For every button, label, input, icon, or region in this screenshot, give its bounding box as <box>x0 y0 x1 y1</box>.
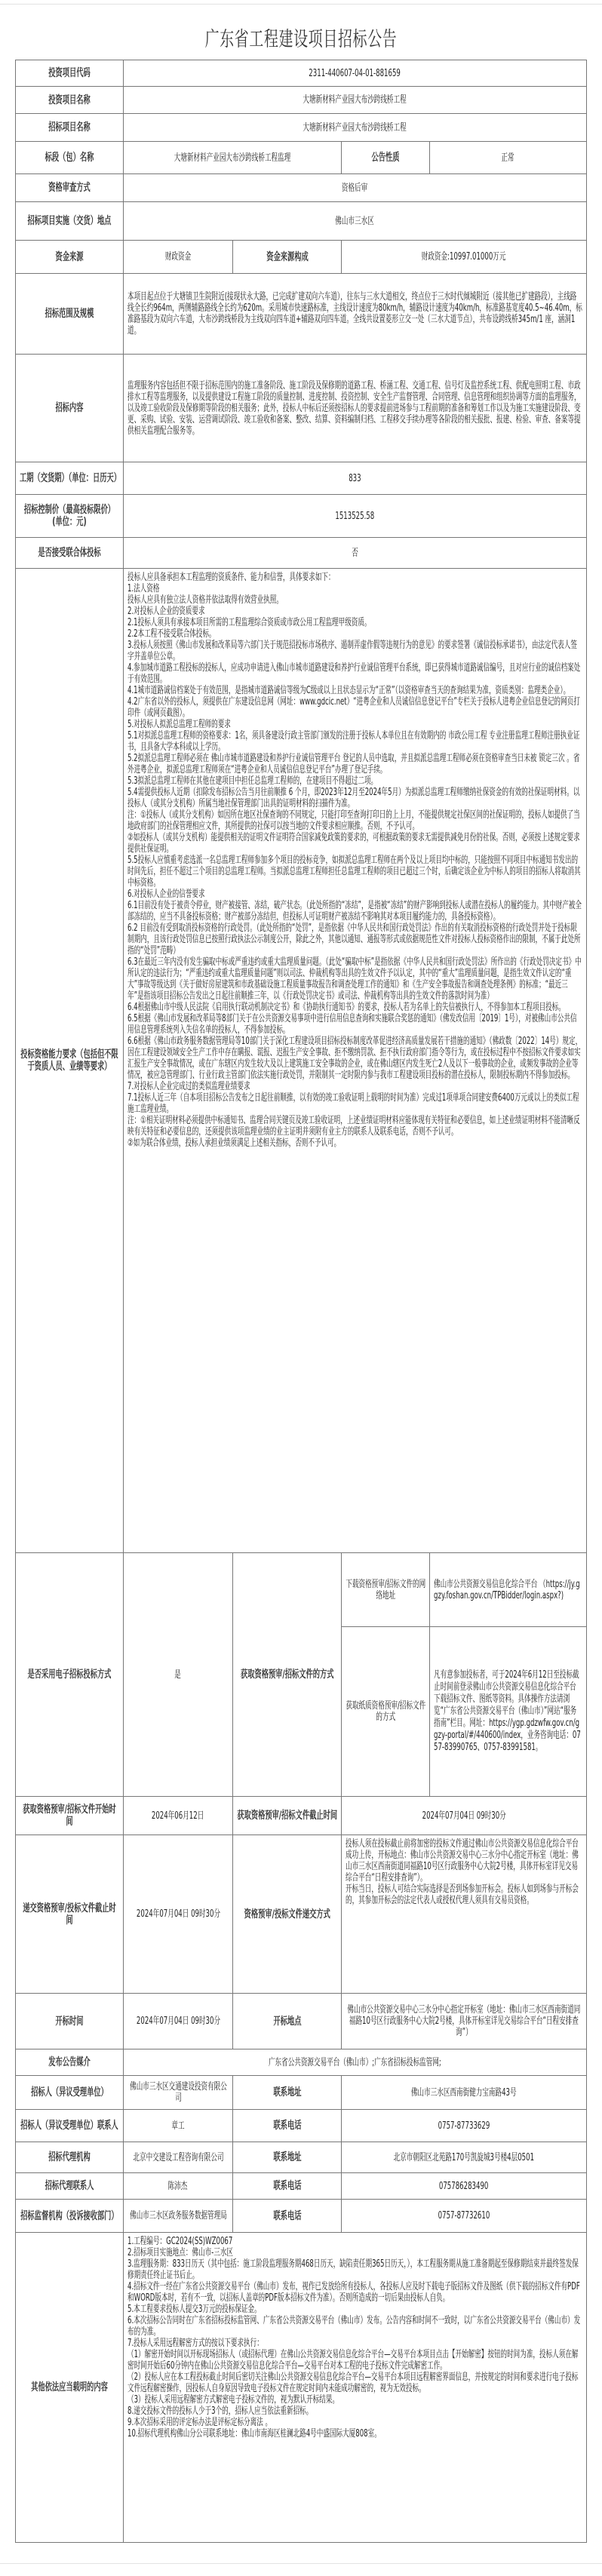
list-item: 6.1目前没有处于被责令停业，财产被接管、冻结，破产状态。（此处所指的“冻结”，… <box>127 900 582 923</box>
list-item: （1）解密开始时间以开标现场招标人（或招标代理）在佛山公共资源交易信息化综合平台… <box>127 2349 582 2372</box>
row-consortium: 是否接受联合体投标 否 <box>16 538 587 569</box>
row-price-cap: 招标控制价（最高投标限价）(单位：元) 1513525.58 <box>16 495 587 538</box>
list-item: 3.投标人须按照《佛山市发展和改革局等六部门关于规范招投标市场秩序、遏制弄虚作假… <box>127 640 582 662</box>
qualification-list: 投标人应具备承担本工程监理的资质条件、能力和信誉，具体要求如下：1.法人资格投标… <box>127 572 582 1149</box>
label-agency-contact: 招标代理联系人 <box>16 2173 124 2200</box>
value-tenderer-address: 佛山市三水区西南街健力宝南路43号 <box>342 2076 587 2110</box>
list-item: 5.1对拟派总监理工程师的资格要求：1名，须具备建设行政主管部门颁发的注册于投标… <box>127 730 582 753</box>
list-item: （3）投标人采用远程解密方式解密电子投标文件的，视为默认开标结果。 <box>127 2394 582 2406</box>
value-agency-contact: 陈沛杰 <box>124 2173 233 2200</box>
value-opening-time: 2024年07月04日 09时30分 <box>124 1994 233 2049</box>
list-item: 2.对投标人企业的资质要求 <box>127 606 582 617</box>
list-item: 7.对投标人企业完成过的类似监理业绩要求 <box>127 1081 582 1092</box>
row-agency-contact: 招标代理联系人 陈沛杰 联系电话 075786283490 <box>16 2173 587 2200</box>
label-duration: 工期（交货期）（单位：日历天） <box>16 462 124 495</box>
list-item: 6.5根据《佛山市发展和改革局等8部门关于在公共资源交易事项中进行信用信息查询和… <box>127 1013 582 1036</box>
label-tenderer: 招标人（异议受理单位） <box>16 2076 124 2110</box>
label-scope: 招标范围及规模 <box>16 274 124 355</box>
label-download-url: 下载资格预审/招标文件的网络地址 <box>342 1553 430 1627</box>
list-item: 5.2拟派总监理工程师必须在 佛山市城市道路建设和养护行业诚信管理平台 登记的人… <box>127 753 582 775</box>
value-qualification-review: 资格后审 <box>124 174 587 202</box>
row-qualification-review: 资格审查方式 资格后审 <box>16 174 587 202</box>
label-notice-nature: 公告性质 <box>342 142 430 174</box>
row-project-code: 投资项目代码 2311-440607-04-01-881659 <box>16 60 587 87</box>
row-tenderer: 招标人（异议受理单位） 佛山市三水区交通建设投资有限公司 联系地址 佛山市三水区… <box>16 2076 587 2110</box>
value-doc-end: 2024年07月04日 09时30分 <box>342 1797 587 1835</box>
list-item: 6.3在最近三年内没有发生骗取中标或严重违约或重大监理质量问题。（此处“骗取中标… <box>127 956 582 1002</box>
label-fund-source: 资金来源 <box>16 241 124 274</box>
list-item: 5.4需提供投标人近期（扣除发布招标公告当月往前顺推 6 个月，即2023年12… <box>127 787 582 809</box>
value-fund-source: 财政资金 <box>124 241 233 274</box>
value-media: 广东省公共资源交易平台（佛山市）;广东省招标投标监管网; <box>124 2049 587 2076</box>
list-item: 8.递交投标文件的投标人少于3个的，招标人应当依法重新招标。 <box>127 2406 582 2417</box>
list-item: 2.招标项目实施地点：佛山市-三水区 <box>127 2247 582 2258</box>
list-item: 3.监理服务期：833日历天（其中包括：施工阶段监理服务期468日历天，缺陷责任… <box>127 2258 582 2281</box>
label-submit-method: 资格预审/投标文件递交方式 <box>233 1835 342 1994</box>
list-item: 7.投标人采用远程解密方式的按以下要求执行： <box>127 2338 582 2349</box>
label-doc-start: 获取资格预审/招标文件开始时间 <box>16 1797 124 1835</box>
list-item: 5.本工程要求投标人提交3万元的投标保证金。 <box>127 2304 582 2315</box>
list-item: 5.3拟派总监理工程师在其他在建项目中担任总监理工程师的，在建项目不得超过二项。 <box>127 775 582 787</box>
value-scope: 本项目起点位于大塘镇卫生院附近(接现状永大路，已完成扩建双向六车道），往东与三水… <box>124 274 587 355</box>
row-tenderer-contact: 招标人（异议受理单位）联系人 章工 联系电话 0757-87733629 <box>16 2110 587 2142</box>
list-item: 6.6根据《佛山市政务服务数据管理局等10部门关于深化工程建设项目招标投标制度改… <box>127 1036 582 1081</box>
row-ebid-1: 是否采用电子招标投标方式 是 获取资格预审/招标文件的方式 下载资格预审/招标文… <box>16 1553 587 1627</box>
label-media: 发布公告媒介 <box>16 2049 124 2076</box>
row-duration: 工期（交货期）（单位：日历天） 833 <box>16 462 587 495</box>
label-ebid: 是否采用电子招标投标方式 <box>16 1553 124 1797</box>
value-project-name: 大塘新材料产业园大布沙跨线桥工程 <box>124 87 587 114</box>
list-item: ②如投标人（或其分支机构）能提供相关的证明文件证明符合国家减免政策的要求的，可根… <box>127 832 582 855</box>
value-tenderer-phone: 0757-87733629 <box>342 2110 587 2142</box>
label-others: 其他依法应当载明的内容 <box>16 2233 124 2543</box>
list-item: 4.招标文件一经在广东省公共资源交易平台（佛山市）发布，视作已发放给所有投标人，… <box>127 2281 582 2304</box>
list-item: 6.本次招标公告同时在广东省招标投标监管网、广东省公共资源交易平台（佛山市）发布… <box>127 2315 582 2338</box>
label-submit-deadline: 递交资格预审/投标文件截止时间 <box>16 1835 124 1994</box>
row-supervisor: 招标监督机构（投诉接收部门） 佛山市三水区政务服务数据管理局 联系电话 0757… <box>16 2200 587 2233</box>
label-supervisor: 招标监督机构（投诉接收部门） <box>16 2200 124 2233</box>
value-tender-project-name: 大塘新材料产业园大布沙跨线桥工程 <box>124 114 587 142</box>
row-others: 其他依法应当载明的内容 1.工程编号：GC2024(SS)WZ00672.招标项… <box>16 2233 587 2543</box>
value-location: 佛山市三水区 <box>124 202 587 241</box>
value-ebid: 是 <box>124 1553 233 1797</box>
value-doc-start: 2024年06月12日 <box>124 1797 233 1835</box>
bottom-divider <box>0 2563 602 2564</box>
value-duration: 833 <box>124 462 587 495</box>
list-item: 10.招标代理机构佛山分公司联系地址：佛山市南海区桂澜北路4号中盛国际大厦808… <box>127 2428 582 2439</box>
value-notice-nature: 正常 <box>430 142 587 174</box>
tender-notice-table: 投资项目代码 2311-440607-04-01-881659 投资项目名称 大… <box>15 60 587 2543</box>
row-tender-project-name: 招标项目名称 大塘新材料产业园大布沙跨线桥工程 <box>16 114 587 142</box>
list-item: （2）投标人应在本工程投标截止时间后密切关注佛山公共资源交易信息化综合平台—交易… <box>127 2372 582 2394</box>
value-content: 监理服务内容包括但不限于招标范围内的施工准备阶段、施工阶段及保修期的道路工程、桥… <box>124 355 587 462</box>
list-item: 9.本次招标采用的评定标办法是评标定标分离法 。 <box>127 2417 582 2428</box>
label-doc-end: 获取资格预审/招标文件截止时间 <box>233 1797 342 1835</box>
label-supervisor-phone: 联系电话 <box>233 2200 342 2233</box>
row-agency: 招标代理机构 北京中交建设工程咨询有限公司 联系地址 北京市朝阳区北苑路170号… <box>16 2142 587 2173</box>
value-agency: 北京中交建设工程咨询有限公司 <box>124 2142 233 2173</box>
value-qualification: 投标人应具备承担本工程监理的资质条件、能力和信誉，具体要求如下：1.法人资格投标… <box>124 569 587 1553</box>
value-others: 1.工程编号：GC2024(SS)WZ00672.招标项目实施地点：佛山市-三水… <box>124 2233 587 2543</box>
value-submit-method: 投标人须在投标截止前将加密的投标文件通过佛山市公共资源交易信息化综合平台成功上传… <box>342 1835 587 1994</box>
value-tenderer: 佛山市三水区交通建设投资有限公司 <box>124 2076 233 2110</box>
list-item: 注：①投标人（或其分支机构）如因所在地区社保查询的不同规定，只能打印至查询打印日… <box>127 809 582 832</box>
row-doc-time: 获取资格预审/招标文件开始时间 2024年06月12日 获取资格预审/招标文件截… <box>16 1797 587 1835</box>
list-item: 2.2本工程不接受联合体投标。 <box>127 628 582 640</box>
list-item: 6.对投标人企业的信誉要求 <box>127 889 582 900</box>
label-opening-time: 开标时间 <box>16 1994 124 2049</box>
value-tenderer-contact: 章工 <box>124 2110 233 2142</box>
label-project-name: 投资项目名称 <box>16 87 124 114</box>
label-tenderer-contact: 招标人（异议受理单位）联系人 <box>16 2110 124 2142</box>
others-list: 1.工程编号：GC2024(SS)WZ00672.招标项目实施地点：佛山市-三水… <box>127 2236 582 2439</box>
list-item: 注：①相关证明材料必须提供中标通知书、监理合同关键页及竣工验收证明，上述业绩证明… <box>127 1115 582 1138</box>
label-fund-composition: 资金来源构成 <box>233 241 342 274</box>
label-project-code: 投资项目代码 <box>16 60 124 87</box>
list-item: ②如为联合体业绩，投标人承担业绩须满足上述相关指标，否则不予认可。 <box>127 1138 582 1149</box>
label-section-name: 标段（包）名称 <box>16 142 124 174</box>
row-section-name: 标段（包）名称 大塘新材料产业园大布沙跨线桥工程监理 公告性质 正常 <box>16 142 587 174</box>
list-item: 2.1投标人须具有承接本项目所需的工程监理综合资质或市政公用工程监理甲级资质。 <box>127 617 582 628</box>
value-agency-address: 北京市朝阳区北苑路170号凯旋城3号楼4层0501 <box>342 2142 587 2173</box>
value-download-url[interactable]: 佛山市公共资源交易信息化综合平台 （https://jy.ggzy.foshan… <box>430 1553 587 1627</box>
page-title: 广东省工程建设项目招标公告 <box>91 29 512 51</box>
value-submit-deadline: 2024年07月04日 09时30分 <box>124 1835 233 1994</box>
label-tenderer-address: 联系地址 <box>233 2076 342 2110</box>
list-item: 1.法人资格 <box>127 583 582 594</box>
value-fund-composition: 财政资金:10997.01000万元 <box>342 241 587 274</box>
list-item: 4.2广东省以外的投标人，须提供在广东建设信息网（网址：www.gdcic.ne… <box>127 696 582 719</box>
row-submit: 递交资格预审/投标文件截止时间 2024年07月04日 09时30分 资格预审/… <box>16 1835 587 1994</box>
label-agency: 招标代理机构 <box>16 2142 124 2173</box>
value-consortium: 否 <box>124 538 587 569</box>
list-item: 7.1投标人近三年（自本项目招标公告发布之日起往前顺推，以有效的竣工验收证明上载… <box>127 1092 582 1115</box>
label-tender-project-name: 招标项目名称 <box>16 114 124 142</box>
row-location: 招标项目实施（交货）地点 佛山市三水区 <box>16 202 587 241</box>
value-paper-doc-method: 凡有意参加投标者，可于2024年6月12日至投标截止时间前登录佛山市公共资源交易… <box>430 1627 587 1797</box>
label-agency-address: 联系地址 <box>233 2142 342 2173</box>
label-location: 招标项目实施（交货）地点 <box>16 202 124 241</box>
label-doc-method: 获取资格预审/招标文件的方式 <box>233 1553 342 1797</box>
row-project-name: 投资项目名称 大塘新材料产业园大布沙跨线桥工程 <box>16 87 587 114</box>
row-media: 发布公告媒介 广东省公共资源交易平台（佛山市）;广东省招标投标监管网; <box>16 2049 587 2076</box>
top-divider <box>0 4 602 5</box>
label-consortium: 是否接受联合体投标 <box>16 538 124 569</box>
row-scope: 招标范围及规模 本项目起点位于大塘镇卫生院附近(接现状永大路，已完成扩建双向六车… <box>16 274 587 355</box>
value-section-name: 大塘新材料产业园大布沙跨线桥工程监理 <box>124 142 342 174</box>
value-price-cap: 1513525.58 <box>124 495 587 538</box>
list-item: 投标人应具备承担本工程监理的资质条件、能力和信誉，具体要求如下： <box>127 572 582 583</box>
list-item: 1.工程编号：GC2024(SS)WZ0067 <box>127 2236 582 2247</box>
value-supervisor-phone: 0757-87732610 <box>342 2200 587 2233</box>
list-item: 6.4根据佛山市中级人民法院《启用执行联动机制决定书》和《协助执行通知书》的要求… <box>127 1002 582 1013</box>
row-opening: 开标时间 2024年07月04日 09时30分 开标地点 佛山市公共资源交易中心… <box>16 1994 587 2049</box>
label-qualification: 投标资格能力要求（包括但不限于资质人员、业绩等要求） <box>16 569 124 1553</box>
list-item: 5.对投标人拟派总监理工程师的要求 <box>127 719 582 730</box>
label-opening-place: 开标地点 <box>233 1994 342 2049</box>
label-content: 招标内容 <box>16 355 124 462</box>
value-agency-phone: 075786283490 <box>342 2173 587 2200</box>
label-qualification-review: 资格审查方式 <box>16 174 124 202</box>
row-content: 招标内容 监理服务内容包括但不限于招标范围内的施工准备阶段、施工阶段及保修期的道… <box>16 355 587 462</box>
value-opening-place: 佛山市公共资源交易中心三水分中心指定开标室（地址：佛山市三水区西南街道同福路10… <box>342 1994 587 2049</box>
label-tenderer-phone: 联系电话 <box>233 2110 342 2142</box>
list-item: 5.5投标人应慎重考虑选派一名总监理工程师参加多个项目的投标竞争，如拟派总监理工… <box>127 855 582 889</box>
label-price-cap: 招标控制价（最高投标限价）(单位：元) <box>16 495 124 538</box>
list-item: 4.参加城市道路工程投标的投标人，应成功申请进入佛山市城市道路建设和养护行业诚信… <box>127 662 582 685</box>
label-paper-doc-method: 获取纸质资格预审/招标文件的方式 <box>342 1627 430 1797</box>
value-supervisor: 佛山市三水区政务服务数据管理局 <box>124 2200 233 2233</box>
list-item: 4.1城市道路诚信档案处于有效范围，是指城市道路诚信等级为C级或以上且状态显示为… <box>127 685 582 696</box>
list-item: 投标人应具有独立法人资格并依法取得有效营业执照。 <box>127 594 582 606</box>
row-fund-source: 资金来源 财政资金 资金来源构成 财政资金:10997.01000万元 <box>16 241 587 274</box>
row-qualification: 投标资格能力要求（包括但不限于资质人员、业绩等要求） 投标人应具备承担本工程监理… <box>16 569 587 1553</box>
label-agency-phone: 联系电话 <box>233 2173 342 2200</box>
list-item: 6.2 目前没有受到取消投标资格的行政处罚。（此处所指的“处罚”，是指依据《中华… <box>127 923 582 956</box>
value-project-code: 2311-440607-04-01-881659 <box>124 60 587 87</box>
